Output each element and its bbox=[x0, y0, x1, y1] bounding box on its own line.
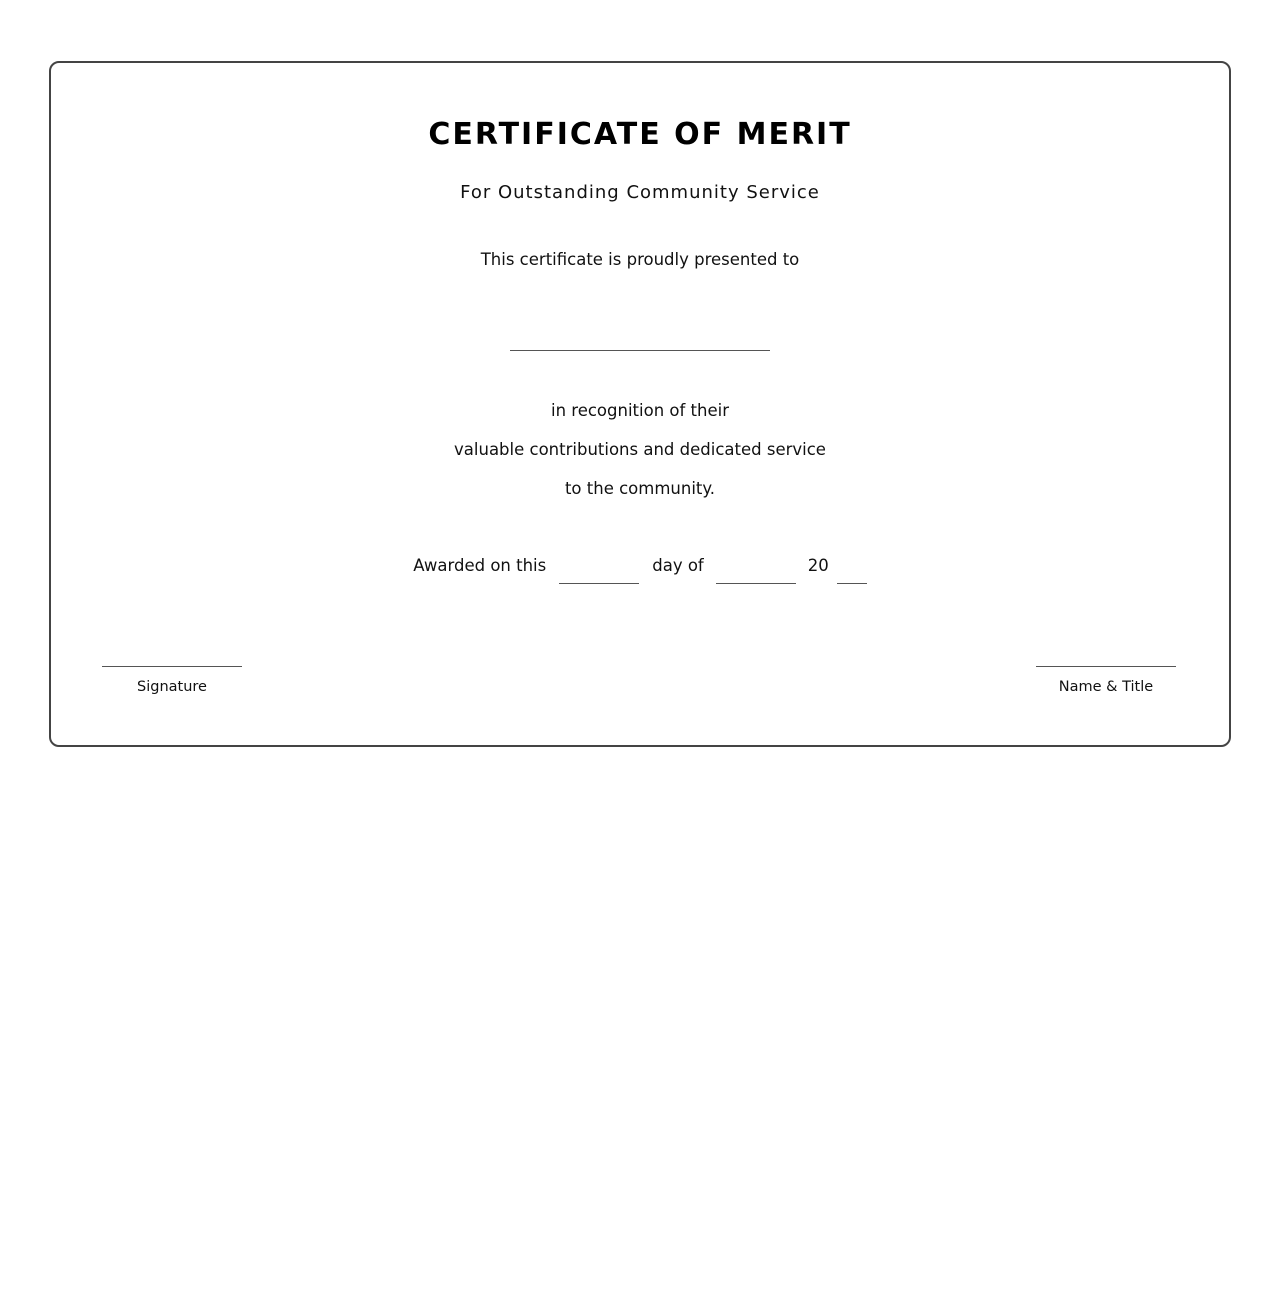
recognition-line-2: valuable contributions and dedicated ser… bbox=[51, 439, 1229, 461]
recipient-name-line bbox=[510, 350, 770, 351]
presented-to-text: This certificate is proudly presented to bbox=[51, 249, 1229, 271]
awarded-date-row: Awarded on this day of 20 bbox=[51, 555, 1229, 585]
recognition-line-3: to the community. bbox=[51, 478, 1229, 500]
signature-label: Signature bbox=[102, 677, 242, 697]
year-blank bbox=[837, 555, 867, 584]
recognition-line-1: in recognition of their bbox=[51, 400, 1229, 422]
awarded-middle: day of bbox=[652, 555, 704, 577]
certificate: CERTIFICATE OF MERIT For Outstanding Com… bbox=[49, 61, 1231, 747]
name-title-block: Name & Title bbox=[1036, 666, 1176, 697]
month-blank bbox=[716, 555, 796, 584]
signature-block: Signature bbox=[102, 666, 242, 697]
year-prefix: 20 bbox=[808, 555, 829, 577]
certificate-title: CERTIFICATE OF MERIT bbox=[51, 115, 1229, 155]
signature-line bbox=[102, 666, 242, 667]
awarded-prefix: Awarded on this bbox=[413, 555, 546, 577]
day-blank bbox=[559, 555, 639, 584]
name-title-label: Name & Title bbox=[1036, 677, 1176, 697]
certificate-subtitle: For Outstanding Community Service bbox=[51, 181, 1229, 205]
name-title-line bbox=[1036, 666, 1176, 667]
